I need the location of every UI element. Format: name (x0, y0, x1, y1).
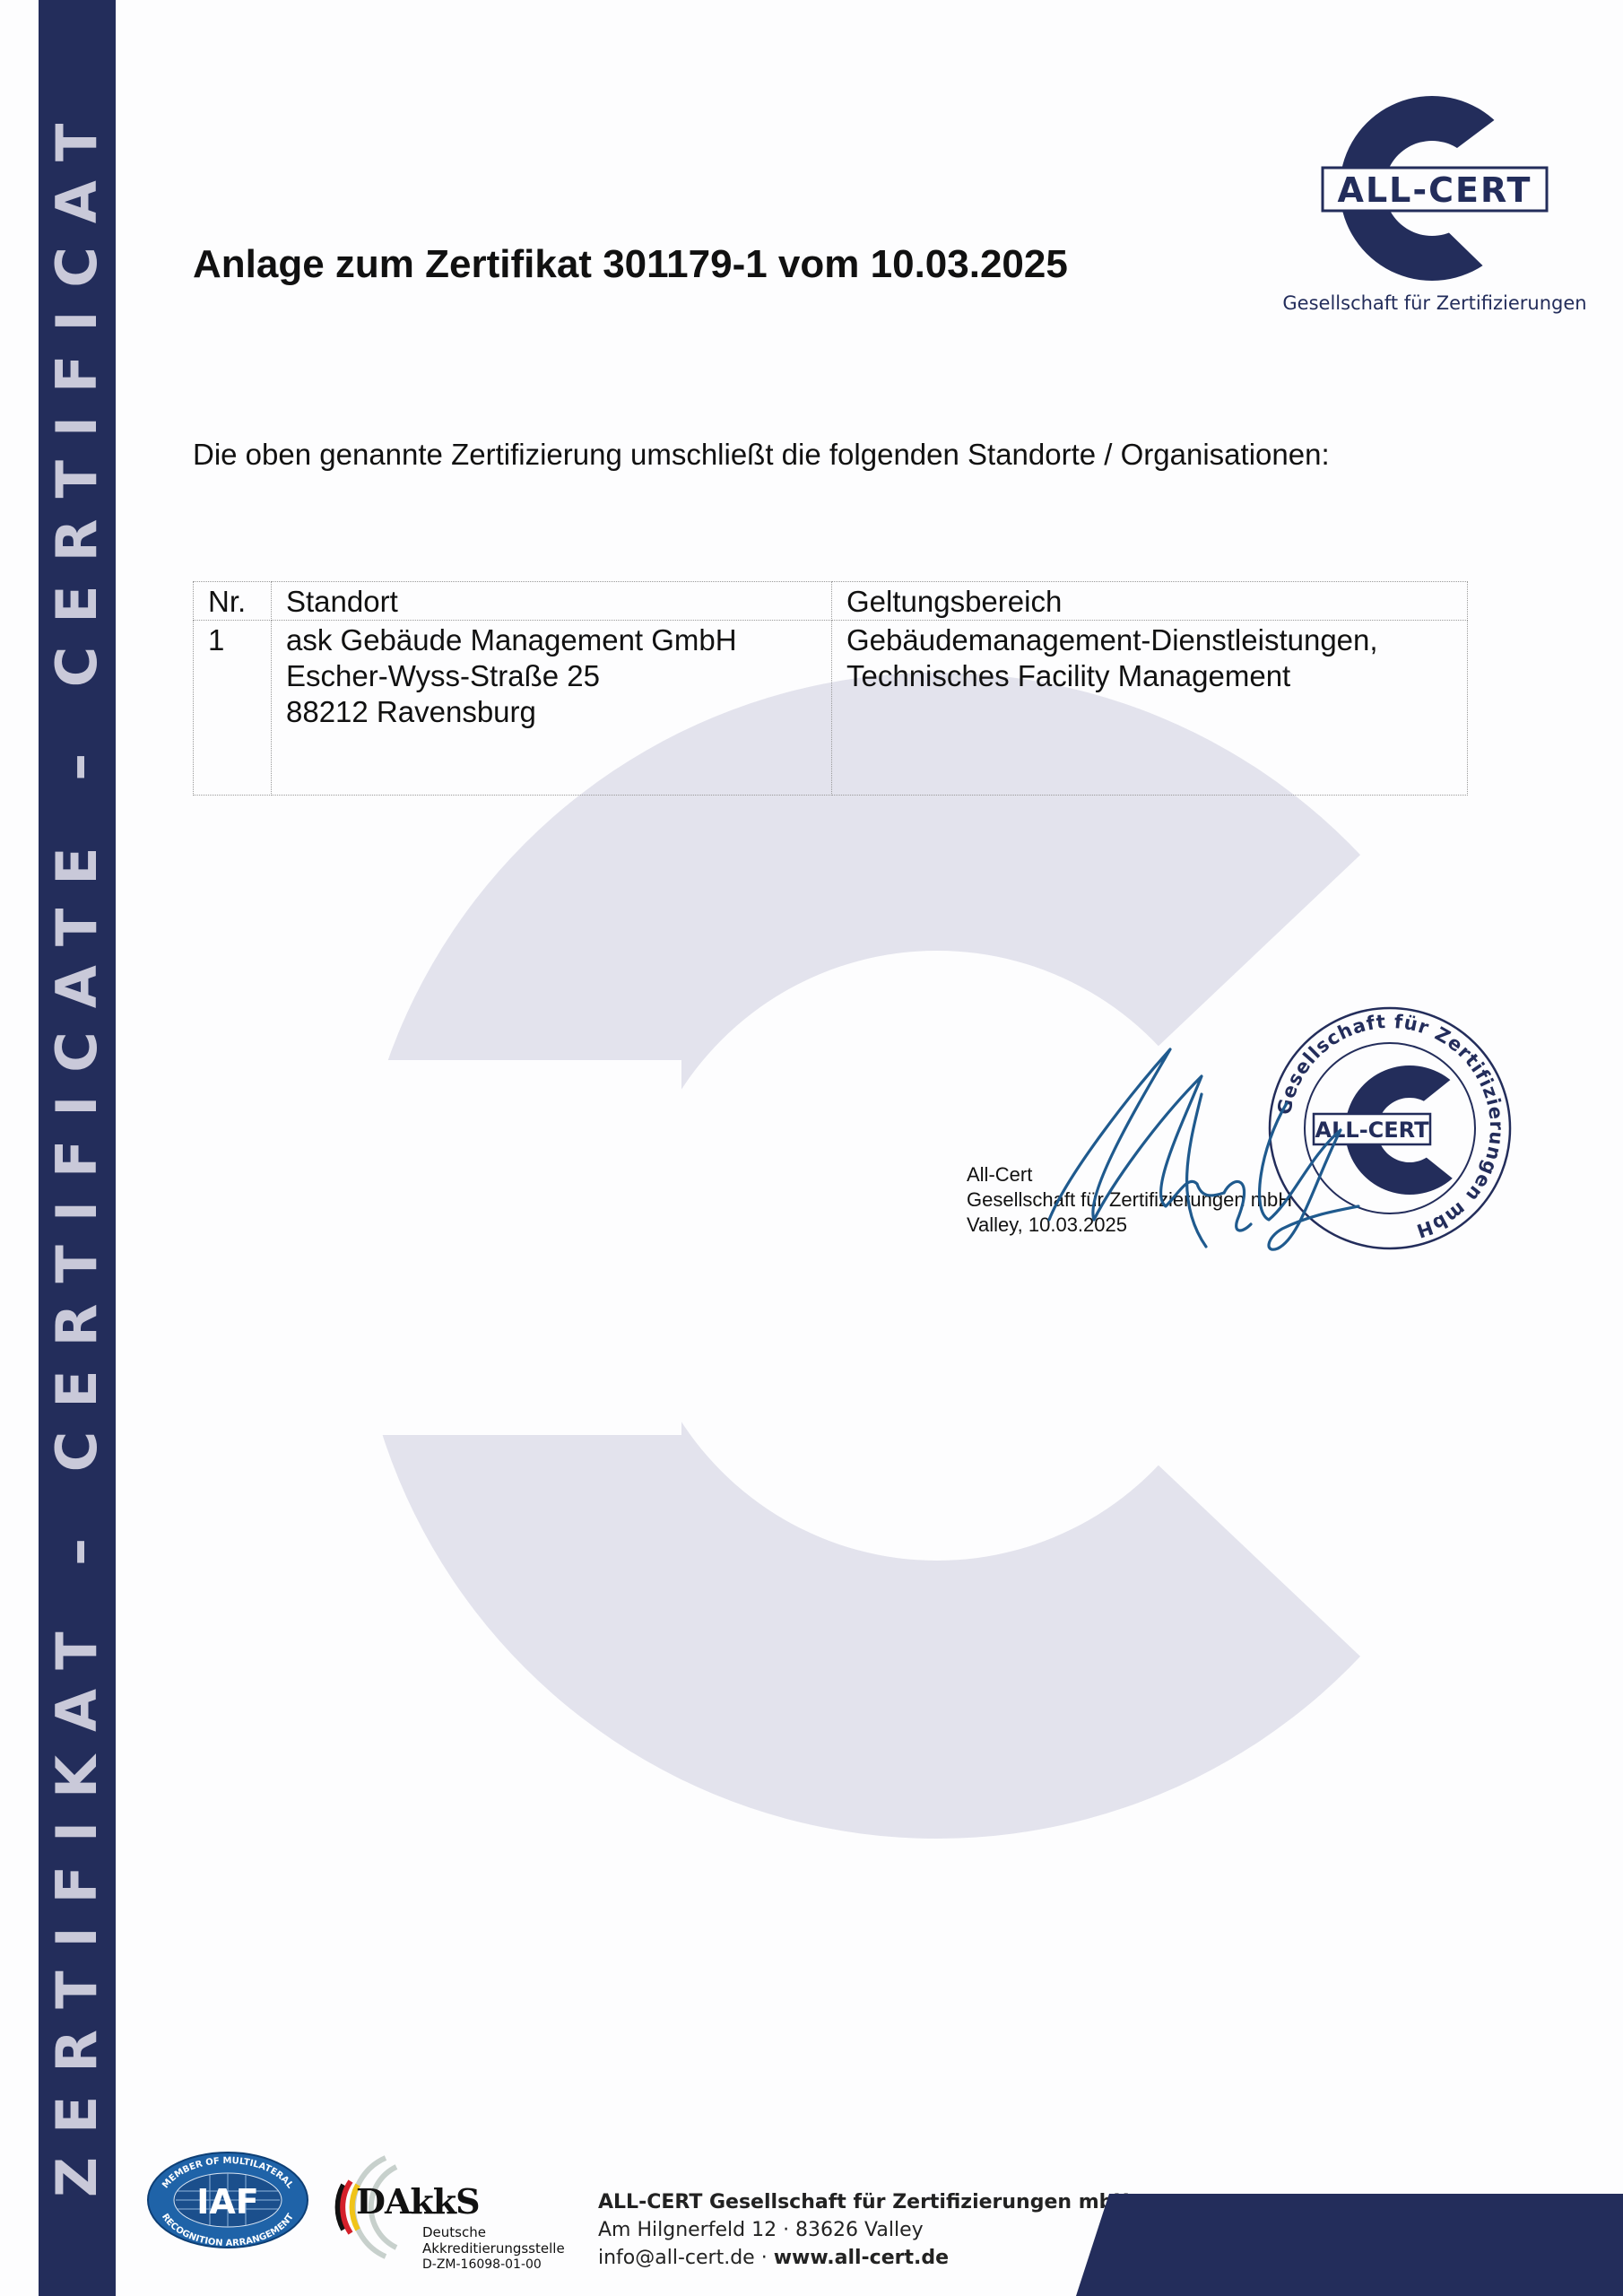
iaf-logo: IAF MEMBER OF MULTILATERAL RECOGNITION A… (146, 2151, 309, 2249)
handwritten-signature (1031, 1040, 1363, 1256)
certificate-sidebar: ZERTIFIKAT – CERTIFICATE – CERTIFICAT (39, 0, 116, 2296)
table-row: 1 ask Gebäude Management GmbH Escher-Wys… (194, 621, 1468, 796)
standort-company: ask Gebäude Management GmbH (286, 622, 817, 658)
table-header-row: Nr. Standort Geltungsbereich (194, 582, 1468, 621)
cell-standort: ask Gebäude Management GmbH Escher-Wyss-… (272, 621, 832, 796)
cell-geltungsbereich: Gebäudemanagement-Dienstleistungen, Tech… (832, 621, 1468, 796)
scope-line-2: Technisches Facility Management (846, 658, 1453, 694)
footer-contact: info@all-cert.de · www.all-cert.de (598, 2244, 1130, 2272)
column-header-nr: Nr. (194, 582, 272, 621)
footer-address: ALL-CERT Gesellschaft für Zertifizierung… (598, 2188, 1130, 2272)
svg-text:ALL-CERT: ALL-CERT (1338, 170, 1532, 210)
footer-website-link[interactable]: www.all-cert.de (774, 2247, 949, 2269)
page-title: Anlage zum Zertifikat 301179-1 vom 10.03… (193, 242, 1068, 287)
cell-nr: 1 (194, 621, 272, 796)
dakks-line-1: Deutsche (422, 2224, 565, 2240)
dakks-text: Deutsche Akkreditierungsstelle D-ZM-1609… (422, 2224, 565, 2273)
footer-email-link[interactable]: info@all-cert.de (598, 2247, 755, 2269)
column-header-standort: Standort (272, 582, 832, 621)
all-cert-logo: ALL-CERT (1278, 85, 1592, 327)
dakks-code: D-ZM-16098-01-00 (422, 2257, 565, 2273)
sites-table: Nr. Standort Geltungsbereich 1 ask Gebäu… (193, 581, 1468, 796)
dakks-name: DAkkS (356, 2181, 480, 2222)
standort-street: Escher-Wyss-Straße 25 (286, 658, 817, 694)
svg-text:IAF: IAF (196, 2182, 259, 2222)
footer-street: Am Hilgnerfeld 12 · 83626 Valley (598, 2216, 1130, 2244)
footer-company: ALL-CERT Gesellschaft für Zertifizierung… (598, 2188, 1130, 2216)
intro-text: Die oben genannte Zertifizierung umschli… (193, 438, 1330, 472)
scope-line-1: Gebäudemanagement-Dienstleistungen, (846, 622, 1453, 658)
dakks-line-2: Akkreditierungsstelle (422, 2240, 565, 2257)
logo-tagline: Gesellschaft für Zertifizierungen (1273, 292, 1596, 314)
column-header-geltungsbereich: Geltungsbereich (832, 582, 1468, 621)
footer-separator: · (755, 2247, 774, 2269)
standort-city: 88212 Ravensburg (286, 694, 817, 730)
sidebar-vertical-text: ZERTIFIKAT – CERTIFICATE – CERTIFICAT (39, 90, 116, 2197)
